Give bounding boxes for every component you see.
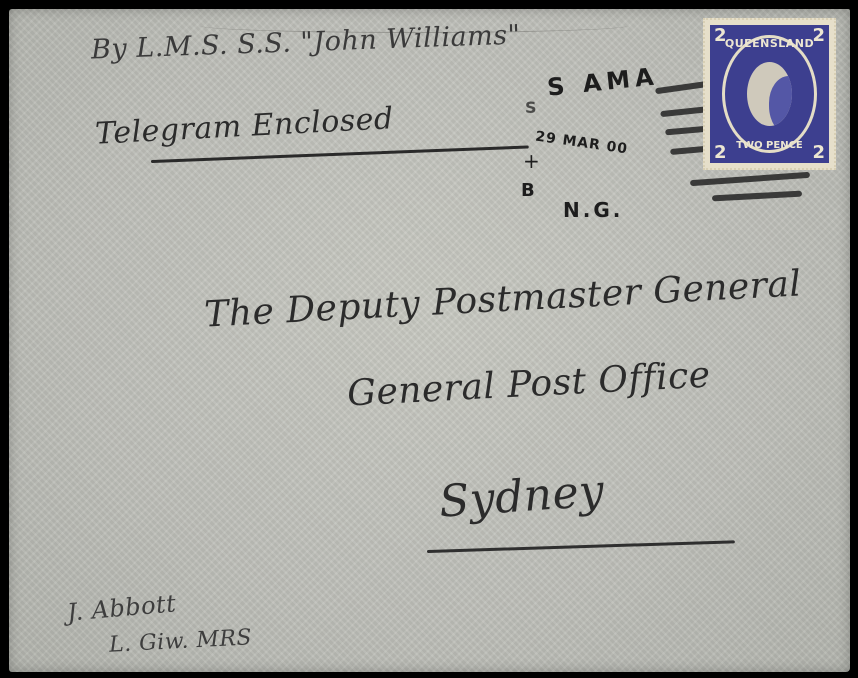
telegram-underline bbox=[151, 145, 529, 163]
stamp-value: TWO PENCE bbox=[710, 140, 829, 151]
routing-annotation: By L.M.S. S.S. "John Williams" bbox=[91, 20, 521, 66]
postmark-region-left: B bbox=[521, 180, 535, 201]
address-line-3: Sydney bbox=[437, 465, 606, 527]
address-line-2: General Post Office bbox=[346, 355, 711, 415]
address-line-1: The Deputy Postmaster General bbox=[203, 263, 802, 335]
postmark-region: N.G. bbox=[563, 198, 623, 222]
sydney-underline bbox=[427, 540, 735, 553]
stamp-country: QUEENSLAND bbox=[710, 37, 829, 50]
postmark: S AMA S 29 MAR 00 B N.G. bbox=[505, 60, 675, 235]
queen-portrait-icon bbox=[747, 62, 792, 126]
postmark-town: S AMA bbox=[546, 62, 660, 102]
telegram-note: Telegram Enclosed bbox=[94, 101, 394, 152]
postage-stamp: 2 2 2 2 QUEENSLAND TWO PENCE bbox=[703, 18, 836, 170]
postmark-left-upper: S bbox=[525, 98, 537, 117]
docket-line-1: J. Abbott bbox=[66, 589, 177, 626]
stamp-oval-frame bbox=[722, 35, 817, 153]
postmark-date: 29 MAR 00 bbox=[534, 129, 629, 158]
docket-line-2: L. Giw. MRS bbox=[108, 625, 252, 657]
